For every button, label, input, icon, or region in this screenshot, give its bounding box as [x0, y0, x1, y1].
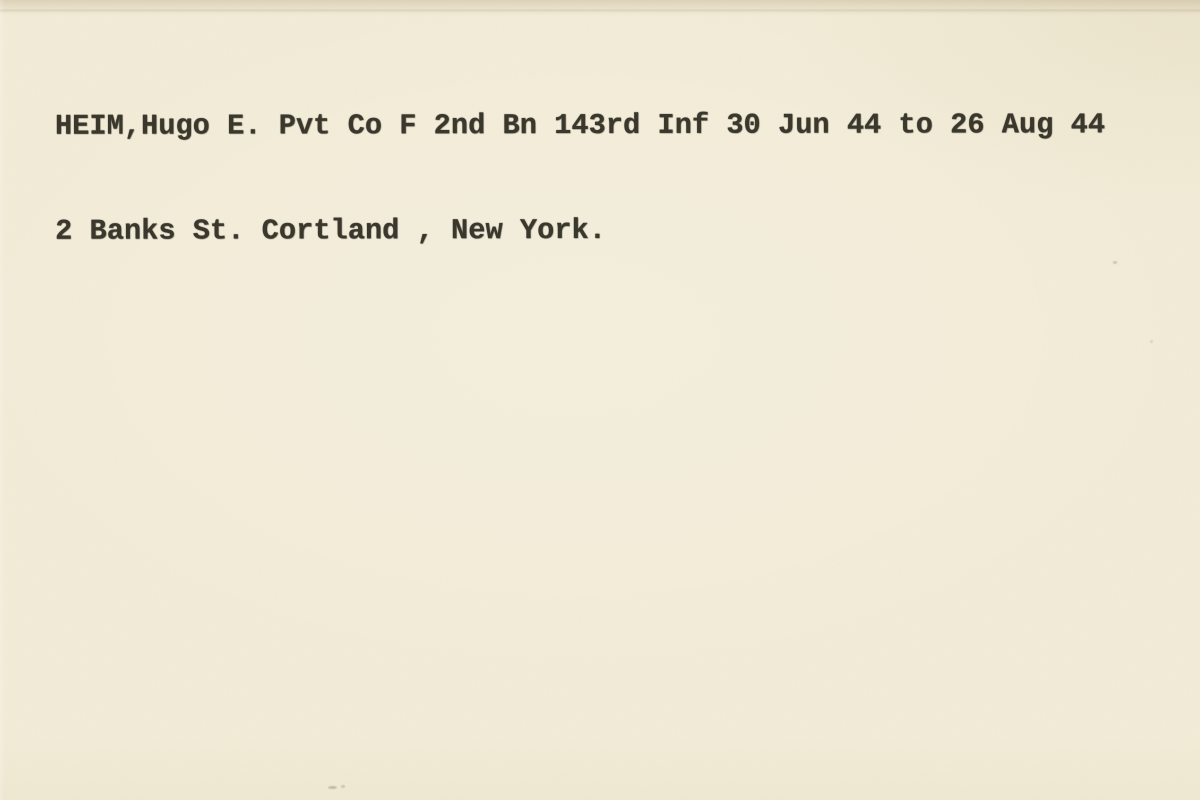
card-top-edge-shading	[0, 0, 1200, 16]
typed-line-service-record: HEIM,Hugo E. Pvt Co F 2nd Bn 143rd Inf 3…	[55, 107, 1105, 143]
paper-speck	[328, 786, 337, 789]
card-left-edge-highlight	[0, 0, 5, 800]
paper-speck	[1113, 261, 1117, 264]
index-card: HEIM,Hugo E. Pvt Co F 2nd Bn 143rd Inf 3…	[0, 0, 1200, 800]
typed-text-block: HEIM,Hugo E. Pvt Co F 2nd Bn 143rd Inf 3…	[55, 37, 1106, 318]
paper-speck	[1150, 340, 1153, 343]
paper-speck	[341, 785, 345, 788]
typed-line-address: 2 Banks St. Cortland , New York.	[55, 212, 1105, 248]
